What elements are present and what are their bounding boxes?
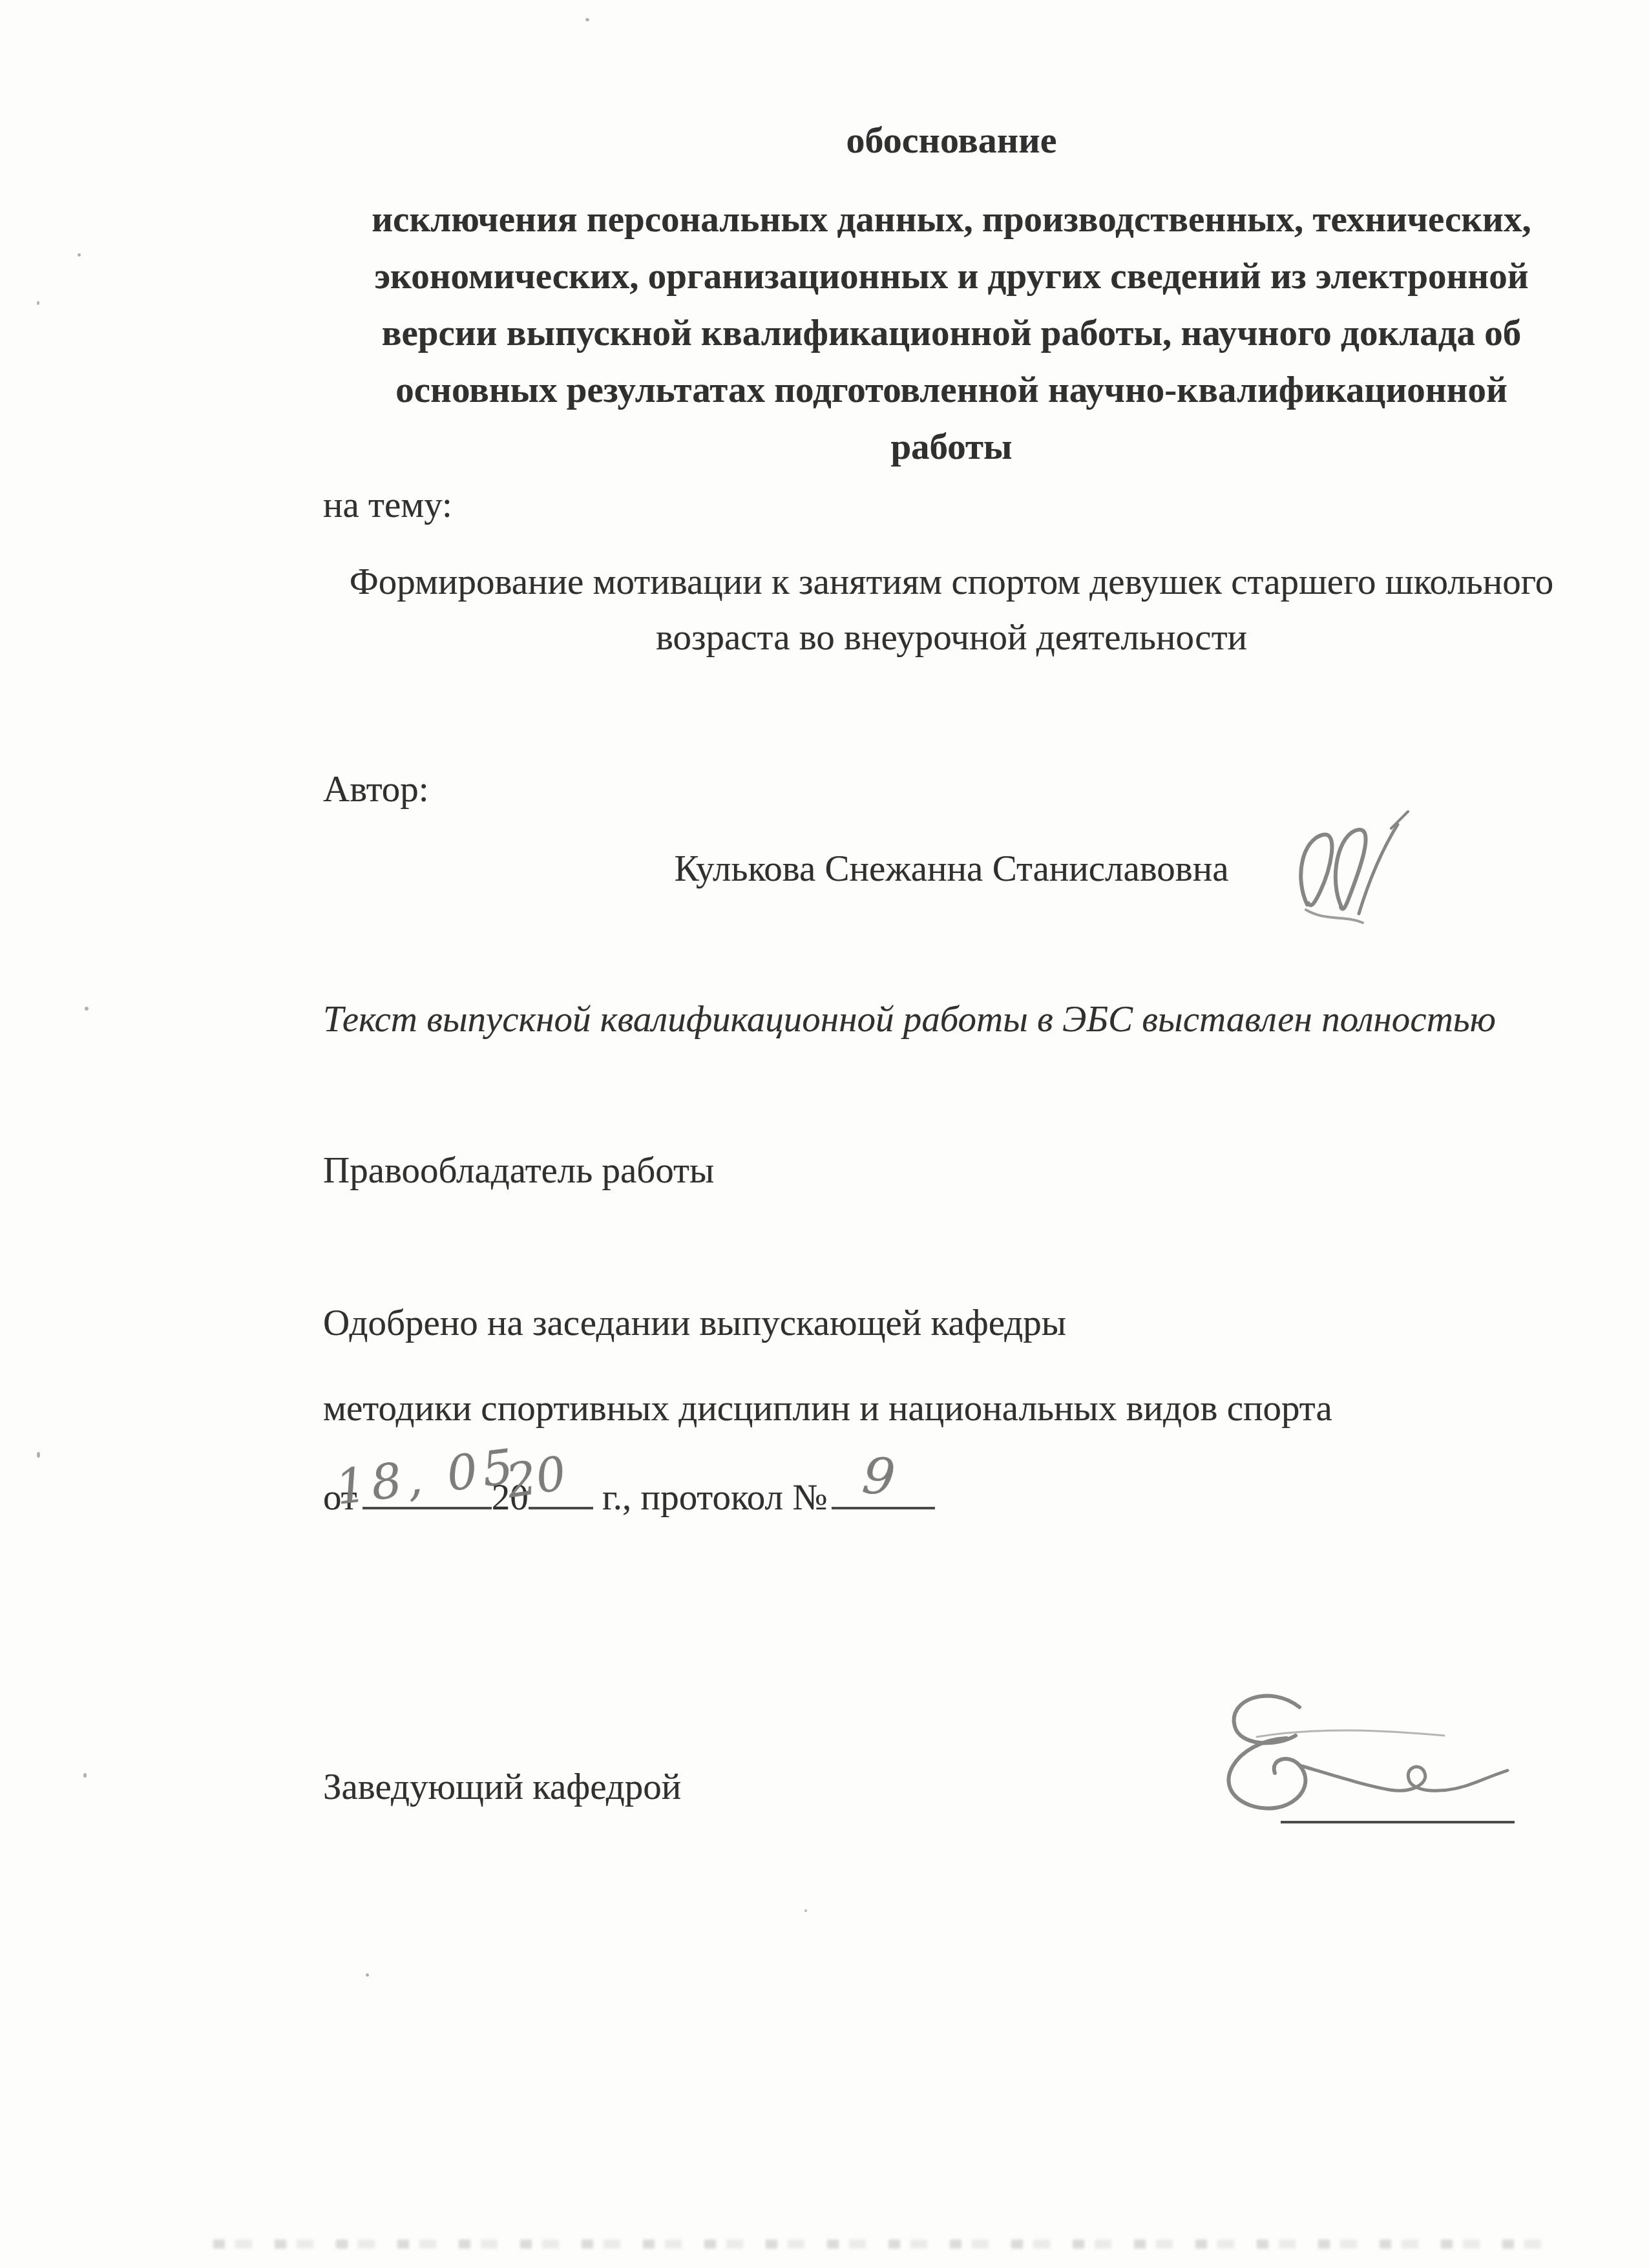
handwritten-year: 20 (503, 1447, 569, 1507)
heading-line: работы (323, 419, 1580, 476)
scan-speck (83, 1773, 87, 1778)
approval-line: методики спортивных дисциплин и национал… (323, 1383, 1332, 1434)
scan-noise-band (213, 2240, 1544, 2249)
heading-line: экономических, организационных и других … (323, 248, 1580, 305)
rights-holder-label: Правообладатель работы (323, 1145, 714, 1197)
protocol-number-blank-underline: 9 (832, 1462, 935, 1509)
theme-line: Формирование мотивации к занятиям спорто… (323, 554, 1580, 610)
heading-line: исключения персональных данных, производ… (323, 191, 1580, 248)
document-title: обоснование (323, 118, 1580, 163)
author-label: Автор: (323, 764, 429, 815)
scan-speck (585, 18, 589, 21)
theme-label: на тему: (323, 479, 452, 531)
scan-speck (37, 1452, 40, 1458)
scanned-document-page: обоснование исключения персональных данн… (0, 0, 1649, 2268)
handwritten-protocol-number: 9 (860, 1450, 898, 1505)
scan-speck (37, 301, 39, 305)
heading-line: основных результатах подготовленной науч… (323, 362, 1580, 419)
theme-line: возраста во внеурочной деятельности (323, 610, 1580, 666)
date-blank-underline: 18, 05 (362, 1462, 492, 1509)
heading-line: версии выпускной квалификационной работы… (323, 305, 1580, 362)
approval-line: Одобрено на заседании выпускающей кафедр… (323, 1297, 1066, 1349)
scan-speck (366, 1973, 369, 1977)
protocol-suffix-label: г., протокол № (602, 1477, 828, 1518)
ebs-statement: Текст выпускной квалификационной работы … (323, 994, 1496, 1045)
scan-speck (804, 1909, 807, 1912)
heading-paragraph: исключения персональных данных, производ… (323, 191, 1580, 476)
head-signature-line (1281, 1821, 1515, 1823)
theme-paragraph: Формирование мотивации к занятиям спорто… (323, 554, 1580, 666)
author-signature-icon (1283, 806, 1418, 936)
year-blank-underline: 20 (529, 1462, 593, 1509)
head-of-department-label: Заведующий кафедрой (323, 1761, 681, 1813)
protocol-date-row: от18, 052020 г., протокол №9 (323, 1462, 935, 1524)
head-signature-icon (1173, 1679, 1522, 1827)
scan-speck (85, 1007, 89, 1011)
scan-speck (78, 253, 81, 257)
